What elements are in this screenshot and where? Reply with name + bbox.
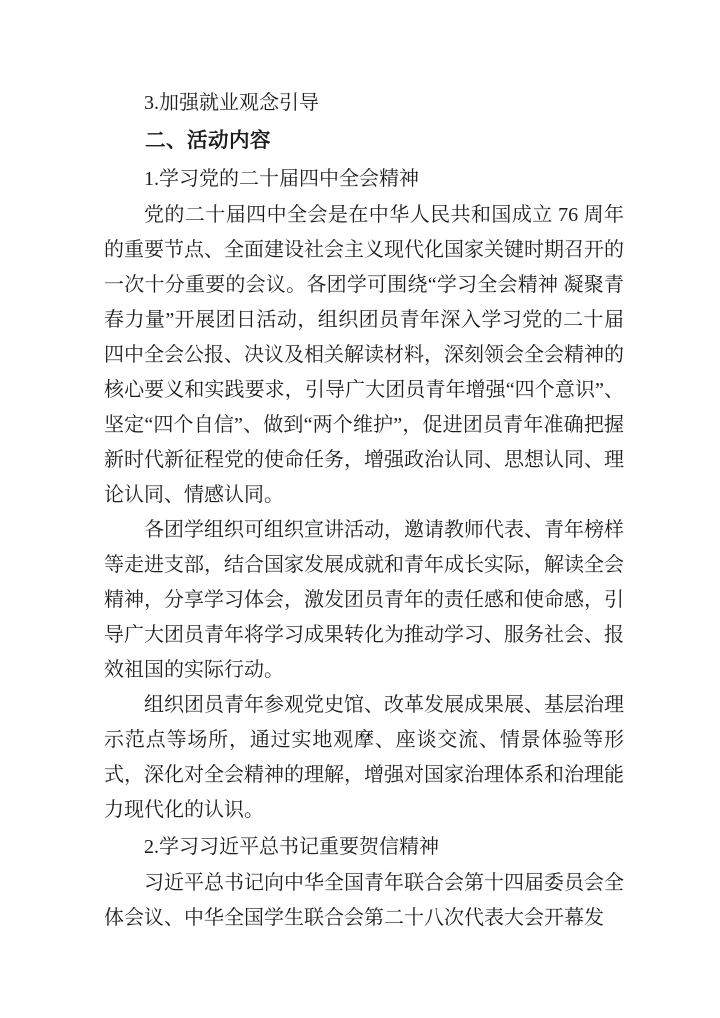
section-heading-activity-content: 二、活动内容 — [104, 122, 624, 160]
paragraph-site-visits: 组织团员青年参观党史馆、改革发展成果展、基层治理示范点等场所，通过实地观摩、座谈… — [104, 688, 624, 828]
document-content: 3.加强就业观念引导 二、活动内容 1.学习党的二十届四中全会精神 党的二十届四… — [104, 84, 624, 936]
paragraph-congratulatory-letter: 习近平总书记向中华全国青年联合会第十四届委员会全体会议、中华全国学生联合会第二十… — [104, 866, 624, 936]
subsection-heading-congratulatory-letter: 2.学习习近平总书记重要贺信精神 — [104, 828, 624, 866]
document-page: { "page": { "background": "#ffffff", "te… — [0, 0, 720, 1018]
numbered-line-employment-guidance: 3.加强就业观念引导 — [104, 84, 624, 122]
subsection-heading-plenary-spirit: 1.学习党的二十届四中全会精神 — [104, 160, 624, 198]
paragraph-lecture-activities: 各团学组织可组织宣讲活动，邀请教师代表、青年榜样等走进支部，结合国家发展成就和青… — [104, 513, 624, 688]
paragraph-plenary-introduction: 党的二十届四中全会是在中华人民共和国成立 76 周年的重要节点、全面建设社会主义… — [104, 198, 624, 513]
